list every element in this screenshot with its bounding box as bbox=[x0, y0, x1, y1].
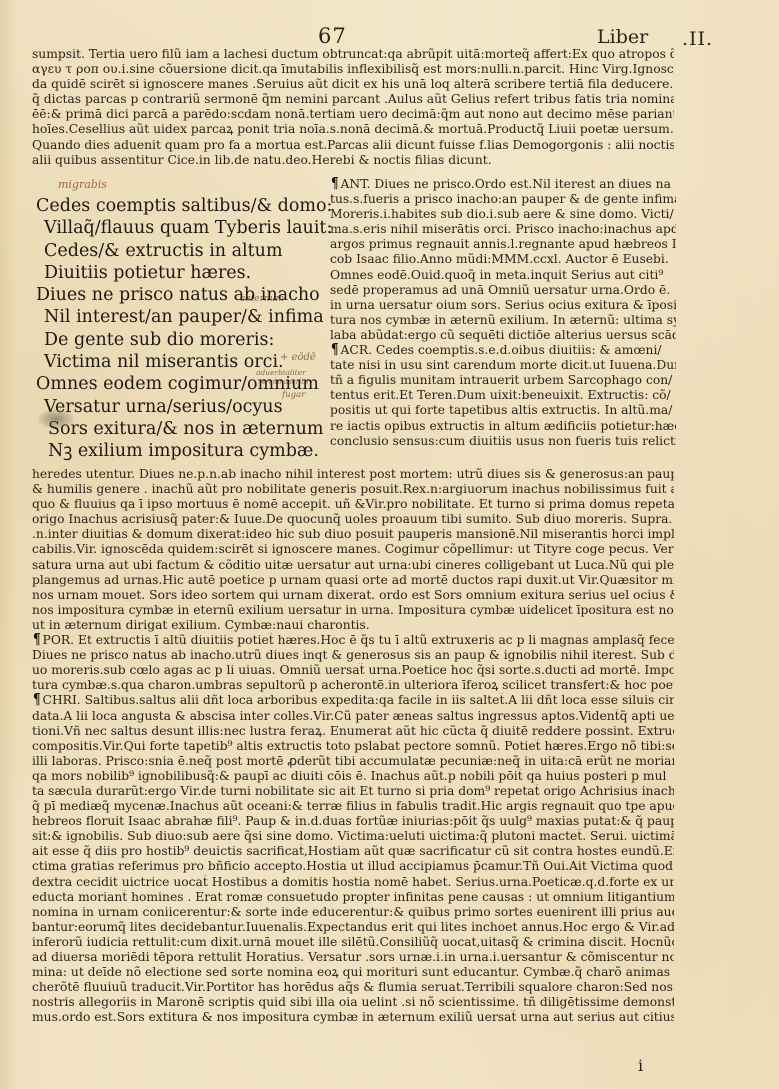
verse-line: Sors exitura/& nos in æternum bbox=[36, 418, 326, 440]
text-line: & humilis genere . inachũ aũt pro nobili… bbox=[32, 482, 674, 497]
text-line: tñ a figulis munitam intrauerit urbem Sa… bbox=[330, 373, 676, 388]
text-line: ad diuersa moriēdi tēpora rettulit Horat… bbox=[32, 950, 674, 965]
verse-line: Nꝫ exilium impositura cymbæ. bbox=[36, 440, 326, 462]
text-line: ēē:& primā dici parcā a parēdo:scdam non… bbox=[32, 107, 674, 122]
text-line: origo Inachus acrisiusq̃ pater:& Iuue.De… bbox=[32, 512, 674, 527]
text-line: uo moreris.sub cœlo agas ac p li uiuas. … bbox=[32, 663, 674, 678]
text-line: ¶CHRI. Saltibus.saltus alii dñt loca arb… bbox=[32, 693, 674, 708]
text-line: mus.ordo est.Sors extitura & nos imposit… bbox=[32, 1010, 674, 1025]
text-line: heredes utentur. Diues ne.p.n.ab inacho … bbox=[32, 467, 674, 482]
verse-line: Cedes/& extructis in altum bbox=[36, 240, 326, 262]
text-line: plangemus ad urnas.Hic autē poetice p ur… bbox=[32, 573, 674, 588]
text-line: hebreos floruit Isaac abrahæ fili⁹. Paup… bbox=[32, 814, 674, 829]
text-line: tura cymbæ.s.qua charon.umbras sepultorũ… bbox=[32, 678, 674, 693]
text-line: tura nos cymbæ in æternũ exilium. In æte… bbox=[330, 313, 676, 328]
text-line: tioni.Vñ nec saltus desunt illis:nec lus… bbox=[32, 724, 674, 739]
verse-line: De gente sub dio moreris: bbox=[36, 329, 326, 351]
text-line: data.A lii loca angusta & abscisa inter … bbox=[32, 709, 674, 724]
verse-line: Villaq̃/flauus quam Tyberis lauit: bbox=[36, 217, 326, 239]
text-line: qa mors nobilib⁹ ignobilibusq̃:& paupī a… bbox=[32, 769, 674, 784]
text-line: cherõtē fluuiuũ traducit.Vir.Portitor ha… bbox=[32, 980, 674, 995]
text-line: conclusio sensus:cum diuitiis usus non f… bbox=[330, 434, 676, 449]
text-line: argos primus regnauit annis.l.regnante a… bbox=[330, 237, 676, 252]
text-line: cabilis.Vir. ignoscēda quidem:scirēt si … bbox=[32, 542, 674, 557]
page-number: 67 bbox=[318, 24, 347, 48]
text-line: nos impositura cymbæ in eternũ exilium u… bbox=[32, 603, 674, 618]
text-line: compositis.Vir.Qui forte tapetib⁹ altis … bbox=[32, 739, 674, 754]
running-head: Liber bbox=[597, 26, 648, 48]
verse-line: Diuitiis potietur hæres. bbox=[36, 262, 326, 284]
text-line: tate nisi in usu sint carendum morte dic… bbox=[330, 358, 676, 373]
text-line: ¶ACR. Cedes coemptis.s.e.d.oibus diuitii… bbox=[330, 343, 676, 358]
paragraph-mark-icon: ¶ bbox=[33, 633, 41, 645]
text-line: da quidē scirēt si ignoscere manes .Seru… bbox=[32, 77, 674, 92]
verse-line: Diues ne prisco natus ab inacho bbox=[36, 284, 326, 306]
text-line: αγευ τ ροπ ου.i.sine cõuersione dicit̃.q… bbox=[32, 62, 674, 77]
text-line: ctima gratias referimus pro bñficio acce… bbox=[32, 859, 674, 874]
text-line: Moreris.i.habites sub dio.i.sub aere & s… bbox=[330, 207, 676, 222]
text-line: tus.s.fueris a prisco inacho:an pauper &… bbox=[330, 192, 676, 207]
text-line: ma.s.eris nihil miserātis orci. Prisco i… bbox=[330, 222, 676, 237]
text-line: Diues ne prisco natus ab inacho.utrũ diu… bbox=[32, 648, 674, 663]
text-line: ait esse q̃ diis pro hostib⁹ deuictis sa… bbox=[32, 844, 674, 859]
text-line: hoīes.Cesellius aũt uidex parcaꝝ ponit t… bbox=[32, 122, 674, 137]
text-line: positis ut qui forte tapetibus altis ext… bbox=[330, 403, 676, 418]
verse-line: Nil interest/an pauper/& infima bbox=[36, 306, 326, 328]
text-line: q̃ dictas parcas p contrariũ sermonē q̃m… bbox=[32, 92, 674, 107]
text-line: mina: ut deīde nõ electione sed sorte no… bbox=[32, 965, 674, 980]
text-line: q̃ pī mediæq̃ mycenæ.Inachus aũt oceani:… bbox=[32, 799, 674, 814]
top-commentary-block: sumpsit. Tertia uero filũ iam a lachesi … bbox=[32, 47, 674, 168]
text-line: Quando dies aduenit quam pro fa a mortua… bbox=[32, 138, 674, 153]
marginal-note-migrabis: migrabis bbox=[58, 178, 107, 191]
signature-mark: i bbox=[638, 1056, 643, 1075]
text-line: .n.inter diuitias & domum dixerat:ideo h… bbox=[32, 527, 674, 542]
text-line: illi laboras. Prisco:snia ē.neq̃ post mo… bbox=[32, 754, 674, 769]
paragraph-mark-icon: ¶ bbox=[33, 693, 41, 705]
text-line: ¶POR. Et extructis ī altũ diuitiis potie… bbox=[32, 633, 674, 648]
text-line: dextra cecidit uictrice uocat̃ Hostibus … bbox=[32, 875, 674, 890]
right-commentary-column: ¶ANT. Diues ne prisco.Ordo est.Nil itere… bbox=[330, 177, 676, 449]
paragraph-mark-icon: ¶ bbox=[331, 343, 339, 355]
text-line: in urna uersatur oium sors. Serius ocius… bbox=[330, 298, 676, 313]
verse-line: Versatur urna/serius/ocyus bbox=[36, 396, 326, 418]
text-line: Omnes eodē.Ouid.quoq̃ in meta.inquit Ser… bbox=[330, 268, 676, 283]
text-line: ¶ANT. Diues ne prisco.Ordo est.Nil itere… bbox=[330, 177, 676, 192]
full-width-commentary-block: heredes utentur. Diues ne.p.n.ab inacho … bbox=[32, 467, 674, 1025]
book-page: 67 Liber .II. sumpsit. Tertia uero filũ … bbox=[0, 0, 779, 1089]
verse-line: Omnes eodem cogimur/omnium bbox=[36, 373, 326, 395]
text-line: educta moriant̃ homines . Erat romæ cons… bbox=[32, 890, 674, 905]
text-line: sumpsit. Tertia uero filũ iam a lachesi … bbox=[32, 47, 674, 62]
text-line: sedē properamus ad unā Omniũ uersatur ur… bbox=[330, 283, 676, 298]
text-line: alii quibus assentitur Cice.in lib.de na… bbox=[32, 153, 674, 168]
text-line: laba abũdat:ergo cũ sequēti dictiōe alte… bbox=[330, 328, 676, 343]
text-line: ut in æternum dirigat exilium. Cymbæ:nau… bbox=[32, 618, 674, 633]
text-line: quo & fluuius qa ī ipso mortuus ē nomē a… bbox=[32, 497, 674, 512]
text-line: nostris allegoriis in Maronē scriptis qu… bbox=[32, 995, 674, 1010]
text-line: satura urna aut ubi factum & cõditio uit… bbox=[32, 558, 674, 573]
verse-block: Cedes coemptis saltibus/& domo: Villaq̃/… bbox=[36, 195, 326, 463]
text-line: sit:& ignobilis. Sub diuo:sub aere q̃si … bbox=[32, 829, 674, 844]
book-number: .II. bbox=[682, 28, 713, 50]
verse-line: Victima nil miserantis orci. bbox=[36, 351, 326, 373]
verse-line: Cedes coemptis saltibus/& domo: bbox=[36, 195, 326, 217]
text-line: inferorũ iudicia rettulit:cum dixit.urnā… bbox=[32, 935, 674, 950]
text-line: nos urnam mouet. Sors ideo sortem qui ur… bbox=[32, 588, 674, 603]
text-line: ta sæcula durarũt:ergo Vir.de turni nobi… bbox=[32, 784, 674, 799]
paragraph-mark-icon: ¶ bbox=[331, 177, 339, 189]
text-line: cob Isaac filio.Anno mũdi:MMM.ccxl. Auct… bbox=[330, 252, 676, 267]
ink-smudge bbox=[38, 409, 74, 429]
text-line: re iactis opibus extructis in altum ædif… bbox=[330, 419, 676, 434]
text-line: bantur:eorumq̃ lites decidebantur.Iuuena… bbox=[32, 920, 674, 935]
text-line: tentus erit.Et Teren.Dum uixit:beneuixit… bbox=[330, 388, 676, 403]
text-line: nomina in urnam coniicerentur:& sorte in… bbox=[32, 905, 674, 920]
